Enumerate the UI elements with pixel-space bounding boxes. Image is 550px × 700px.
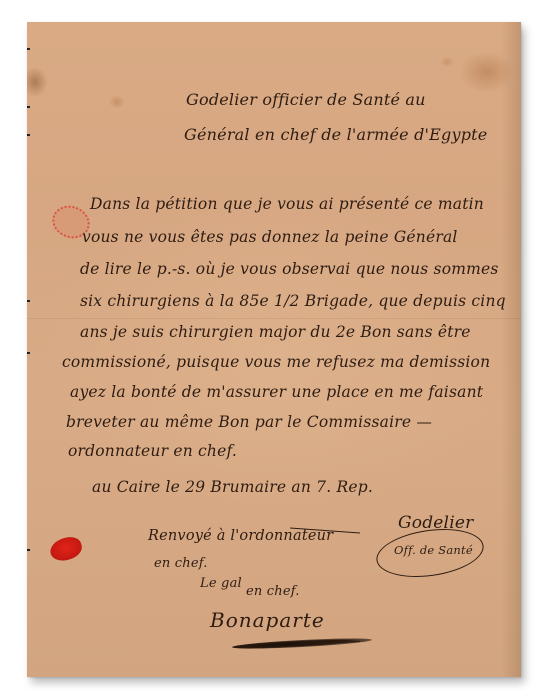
letter-dateline: au Caire le 29 Brumaire an 7. Rep. [92, 478, 373, 496]
letter-body-line: breveter au même Bon par le Commissaire … [66, 413, 432, 431]
letter-body-line: commissioné, puisque vous me refusez ma … [62, 353, 490, 371]
signature-title: Off. de Santé [394, 543, 473, 557]
letter-body-line: six chirurgiens à la 85e 1/2 Brigade, qu… [80, 292, 506, 310]
letter-header-line: Godelier officier de Santé au [186, 90, 426, 109]
annotation-line: Le gal [200, 576, 242, 591]
letter-paper [27, 22, 521, 677]
binding-hole-mark [27, 300, 30, 302]
letter-body-line: de lire le p.-s. où je vous observai que… [80, 260, 499, 278]
letter-header-line: Général en chef de l'armée d'Egypte [184, 125, 487, 144]
binding-hole-mark [27, 106, 30, 108]
annotation-line: Renvoyé à l'ordonnateur [148, 528, 333, 544]
letter-body-line: ayez la bonté de m'assurer une place en … [70, 383, 483, 401]
letter-body-line: vous ne vous êtes pas donnez la peine Gé… [82, 228, 458, 246]
binding-hole-mark [27, 352, 30, 354]
binding-hole-mark [27, 549, 30, 551]
signature-bonaparte: Bonaparte [210, 608, 325, 632]
annotation-line: en chef. [154, 556, 208, 571]
annotation-line: en chef. [246, 584, 300, 599]
letter-body-line: ans je suis chirurgien major du 2e Bon s… [80, 323, 471, 341]
paper-fold-line [27, 318, 521, 319]
letter-body-line: Dans la pétition que je vous ai présenté… [90, 195, 484, 213]
binding-hole-mark [27, 134, 30, 136]
binding-hole-mark [27, 48, 30, 50]
letter-body-line: ordonnateur en chef. [68, 442, 237, 460]
